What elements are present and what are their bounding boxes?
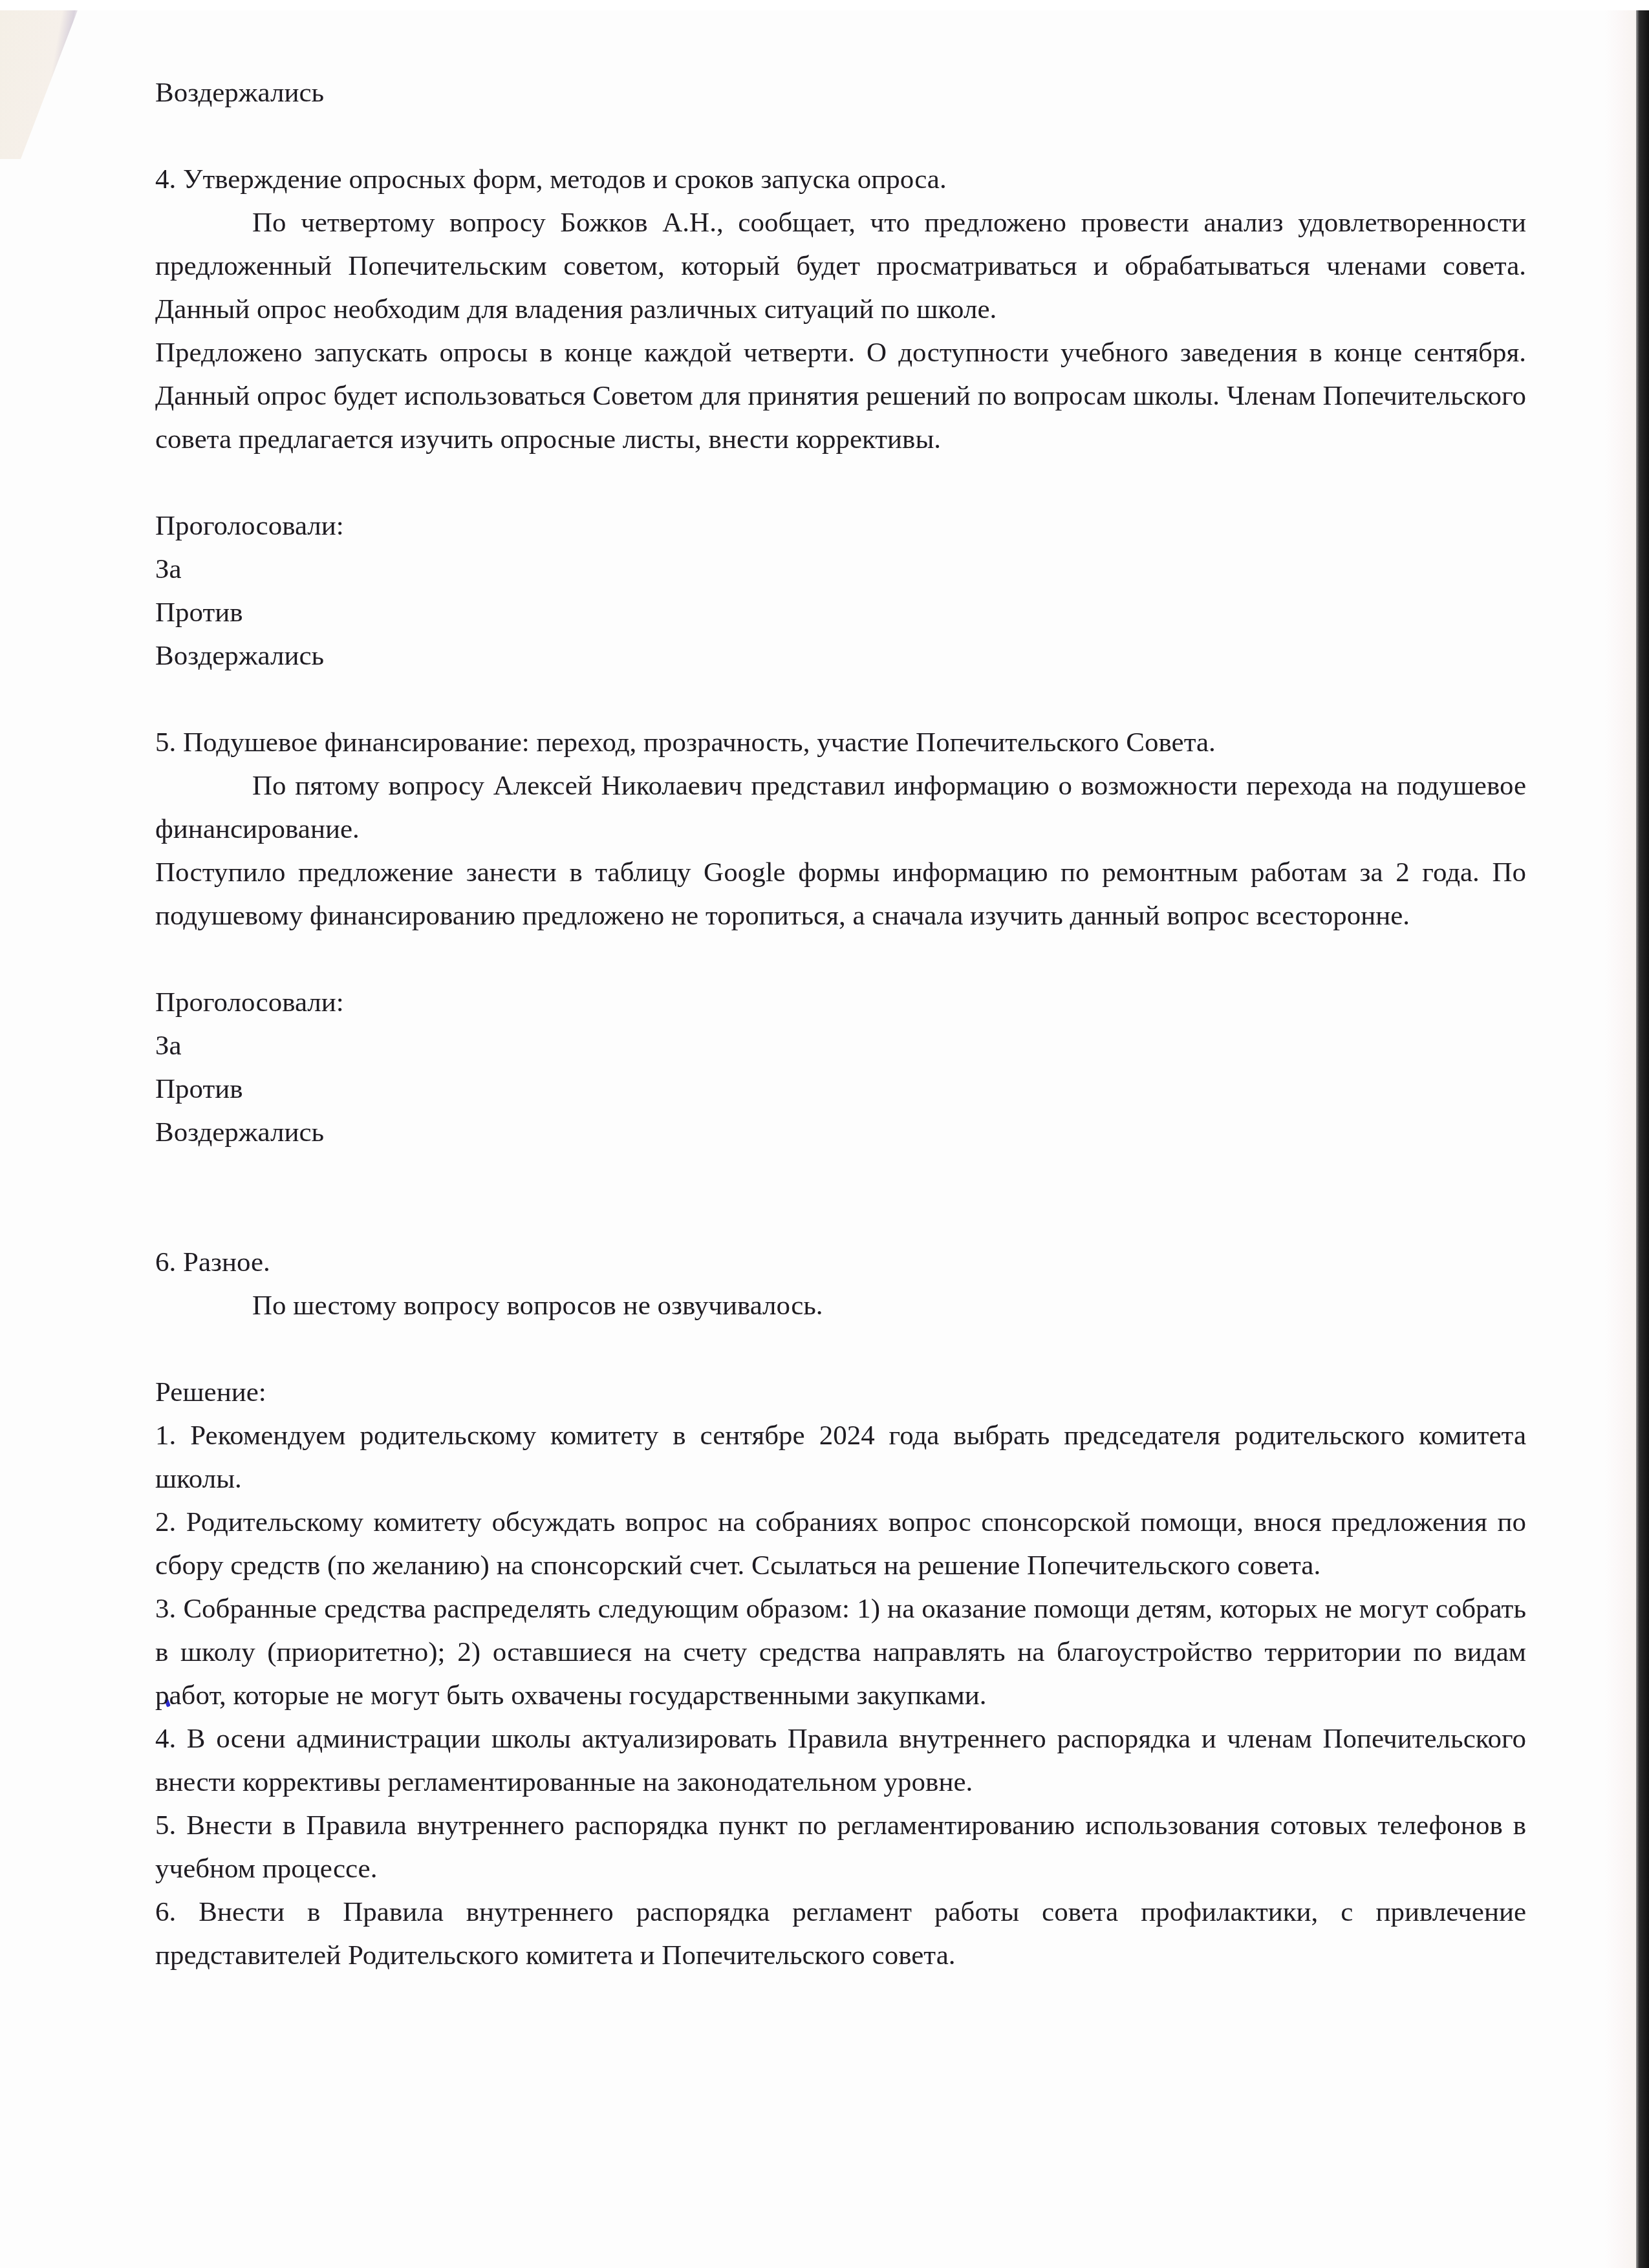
vote-label: Проголосовали: xyxy=(155,504,1526,548)
agenda-item-4-heading: 4. Утверждение опросных форм, методов и … xyxy=(155,158,1526,201)
vote-label: Проголосовали: xyxy=(155,981,1526,1024)
vote-against: Против xyxy=(155,1067,1526,1111)
page-fold-shadow xyxy=(0,10,78,159)
scan-top-strip xyxy=(0,0,1649,10)
spacer xyxy=(155,678,1526,721)
vote-abstained: Воздержались xyxy=(155,1111,1526,1154)
vote-for: За xyxy=(155,1024,1526,1067)
spacer xyxy=(155,937,1526,981)
decision-item-5: 5. Внести в Правила внутреннего распоряд… xyxy=(155,1804,1526,1890)
spacer xyxy=(155,1154,1526,1241)
spacer xyxy=(155,1327,1526,1371)
document-page: Воздержались 4. Утверждение опросных фор… xyxy=(155,71,1526,1977)
agenda-item-5-proposal: Поступило предложение занести в таблицу … xyxy=(155,851,1526,937)
decision-item-3: 3. Собранные средства распределять следу… xyxy=(155,1587,1526,1717)
vote-abstained: Воздержались xyxy=(155,634,1526,678)
decision-item-6: 6. Внести в Правила внутреннего распоряд… xyxy=(155,1890,1526,1977)
scanner-border-shadow xyxy=(1636,10,1649,2268)
vote-for: За xyxy=(155,548,1526,591)
vote-against: Против xyxy=(155,591,1526,634)
agenda-item-4-body: По четвертому вопросу Божков А.Н., сообщ… xyxy=(155,201,1526,331)
agenda-item-5-heading: 5. Подушевое финансирование: переход, пр… xyxy=(155,721,1526,764)
spacer xyxy=(155,461,1526,504)
agenda-item-6-heading: 6. Разное. xyxy=(155,1241,1526,1284)
agenda-item-5-body: По пятому вопросу Алексей Николаевич пре… xyxy=(155,764,1526,851)
spacer xyxy=(155,114,1526,158)
decision-item-2: 2. Родительскому комитету обсуждать вопр… xyxy=(155,1501,1526,1587)
decision-heading: Решение: xyxy=(155,1371,1526,1414)
agenda-item-6-body: По шестому вопросу вопросов не озвучивал… xyxy=(155,1284,1526,1327)
vote-abstained-prev: Воздержались xyxy=(155,71,1526,114)
scan-edge-highlight xyxy=(1605,10,1636,2268)
decision-item-1: 1. Рекомендуем родительскому комитету в … xyxy=(155,1414,1526,1501)
agenda-item-4-proposal: Предложено запускать опросы в конце кажд… xyxy=(155,331,1526,461)
decision-item-4: 4. В осени администрации школы актуализи… xyxy=(155,1717,1526,1804)
